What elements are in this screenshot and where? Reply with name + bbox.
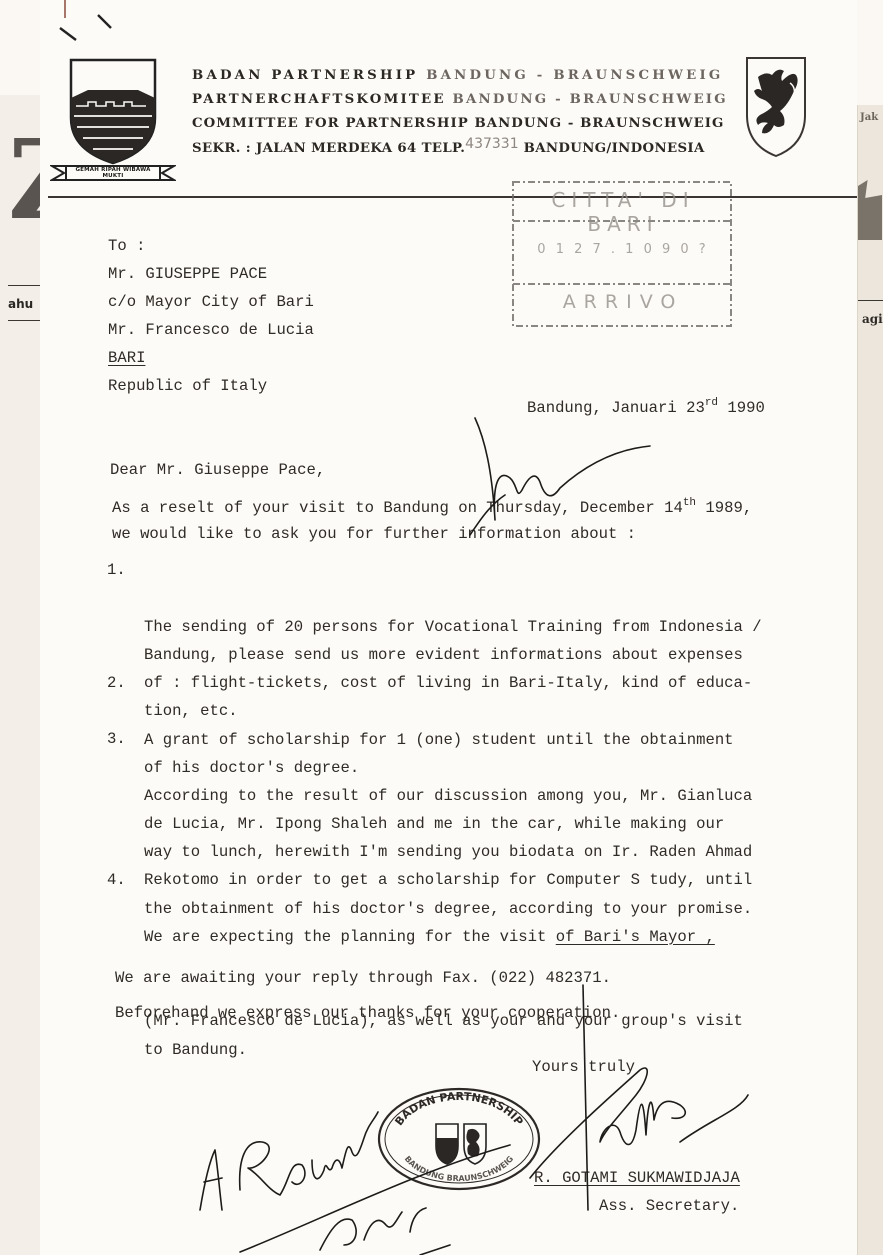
background-fragment-text-right: agi [862, 312, 883, 326]
recipient-city: BARI [108, 348, 145, 368]
fax-line: We are awaiting your reply through Fax. … [115, 968, 611, 988]
background-rule [8, 320, 40, 321]
pen-marks [40, 0, 120, 50]
stamp-arrivo-text: ARRIVO [510, 291, 736, 313]
svg-text:BANDUNG BRAUNSCHWEIG: BANDUNG BRAUNSCHWEIG [403, 1154, 515, 1183]
motto-text: GEMAH RIPAH WIBAWA MUKTI [67, 167, 159, 179]
background-paper-right [857, 105, 883, 1255]
partnership-round-stamp: BADAN PARTNERSHIP BANDUNG BRAUNSCHWEIG [374, 1084, 544, 1194]
background-fragment-text-right-top: Jak [860, 112, 878, 123]
letterhead-line-1: BADAN PARTNERSHIP BANDUNG - BRAUNSCHWEIG [192, 64, 732, 88]
signatory-title: Ass. Secretary. [599, 1196, 739, 1216]
recipient-mayor: Mr. Francesco de Lucia [108, 320, 314, 340]
signatory-name: R. GOTAMI SUKMAWIDJAJA [534, 1168, 740, 1188]
background-rule [858, 300, 883, 301]
stamp-date-text: 0 1 2 7 . 1 0 9 0 ? [510, 242, 736, 257]
letterhead-line-2: PARTNERCHAFTSKOMITEE BANDUNG - BRAUNSCHW… [192, 88, 732, 112]
letter-date: Bandung, Januari 23rd 1990 [527, 398, 765, 418]
salutation: Dear Mr. Giuseppe Pace, [110, 460, 325, 480]
recipient-care-of: c/o Mayor City of Bari [108, 292, 314, 312]
background-paper-left [0, 95, 41, 1255]
background-fragment-text-left: ahu [8, 297, 33, 311]
intro-line-1: As a reselt of your visit to Bandung on … [112, 498, 752, 518]
letterhead-address: SEKR. : JALAN MERDEKA 64 TELP.437331 BAN… [192, 136, 732, 161]
svg-text:BADAN PARTNERSHIP: BADAN PARTNERSHIP [392, 1090, 525, 1128]
valediction: Yours truly [532, 1057, 635, 1077]
intro-line-2: we would like to ask you for further inf… [112, 524, 636, 544]
recipient-name: Mr. GIUSEPPE PACE [108, 264, 267, 284]
braunschweig-lion-crest-icon [744, 55, 808, 159]
arrival-stamp: CITTA' DI BARI 0 1 2 7 . 1 0 9 0 ? ARRIV… [510, 176, 736, 330]
underlined-phrase: of Bari's Mayor , [556, 928, 715, 946]
letterhead-line-3: COMMITTEE FOR PARTNERSHIP BANDUNG - BRAU… [192, 112, 732, 136]
background-rule [8, 285, 40, 286]
handwritten-note [200, 1112, 378, 1210]
stamp-city-text: CITTA' DI BARI [510, 188, 736, 236]
recipient-country: Republic of Italy [108, 376, 267, 396]
letter-page: GEMAH RIPAH WIBAWA MUKTI BADAN PARTNERSH… [40, 0, 857, 1255]
thanks-line: Beforehand we express our thanks for you… [115, 1003, 620, 1023]
handwritten-phone-number: 437331 [465, 136, 518, 152]
letterhead: BADAN PARTNERSHIP BANDUNG - BRAUNSCHWEIG… [192, 64, 732, 161]
to-label: To : [108, 236, 145, 256]
bandung-crest-icon [68, 58, 158, 168]
